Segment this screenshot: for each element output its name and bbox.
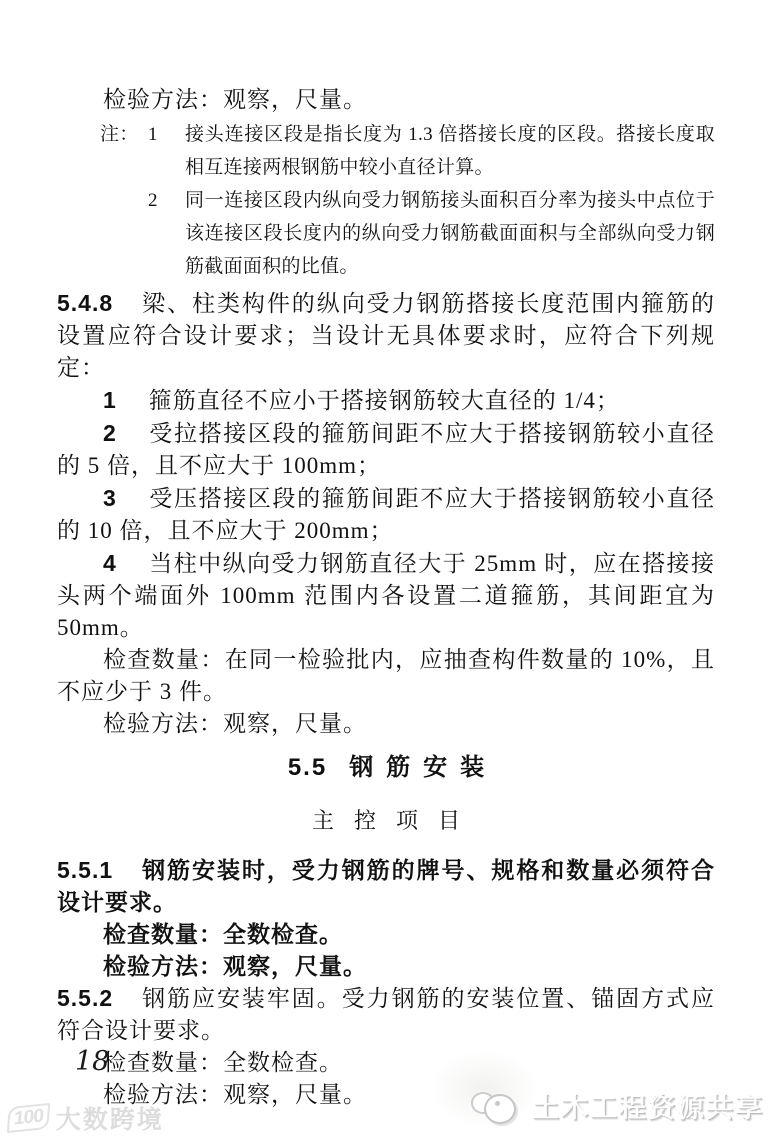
clause-text: 梁、柱类构件的纵向受力钢筋搭接长度范围内箍筋的设置应符合设计要求；当设计无具体要… [57, 291, 715, 380]
watermark-right-text: 土木工程资源共享 [532, 1086, 764, 1125]
document-page: 检验方法：观察，尺量。 注： 1 接头连接区段是指长度为 1.3 倍搭接长度的区… [0, 0, 772, 1137]
note-item-2: 2 同一连接区段内纵向受力钢筋接头面积百分率为接头中点位于该连接区段长度内的纵向… [100, 184, 715, 283]
note-item-text: 同一连接区段内纵向受力钢筋接头面积百分率为接头中点位于该连接区段长度内的纵向受力… [185, 184, 715, 283]
item-number: 3 [103, 485, 117, 511]
clause-5-4-8: 5.4.8梁、柱类构件的纵向受力钢筋搭接长度范围内箍筋的设置应符合设计要求；当设… [57, 287, 715, 384]
logo-eye-dot [495, 1101, 500, 1106]
subheading-master-control-items: 主控项目 [57, 806, 715, 836]
inspection-method-line: 检验方法：观察，尺量。 [57, 84, 715, 116]
clause-5-5-2: 5.5.2钢筋应安装牢固。受力钢筋的安装位置、锚固方式应符合设计要求。 [57, 982, 715, 1047]
clause-text: 钢筋应安装牢固。受力钢筋的安装位置、锚固方式应符合设计要求。 [57, 986, 715, 1043]
item-number: 2 [103, 420, 117, 446]
logo-shape-large [484, 1094, 516, 1124]
clause-5-4-8-item-3: 3受压搭接区段的箍筋间距不应大于搭接钢筋较小直径的 10 倍，且不应大于 200… [57, 482, 715, 547]
clause-5-5-1: 5.5.1钢筋安装时，受力钢筋的牌号、规格和数量必须符合设计要求。 [57, 854, 715, 918]
clause-number: 5.5.2 [57, 985, 113, 1011]
clause-number: 5.5.1 [57, 857, 113, 883]
item-number: 4 [103, 550, 117, 576]
clause-5-5-2-inspection-quantity: 检查数量：全数检查。 [57, 1047, 715, 1079]
item-number: 1 [103, 387, 117, 413]
note-label-spacer [100, 184, 148, 283]
note-item-number: 1 [148, 118, 185, 184]
clause-text: 钢筋安装时，受力钢筋的牌号、规格和数量必须符合设计要求。 [57, 857, 715, 915]
note-item-number: 2 [148, 184, 185, 283]
clause-5-4-8-inspection-method: 检验方法：观察，尺量。 [57, 708, 715, 740]
section-number: 5.5 [288, 754, 327, 781]
clause-number: 5.4.8 [57, 290, 113, 316]
item-text: 箍筋直径不应小于搭接钢筋较大直径的 1/4； [149, 388, 620, 413]
section-heading-5-5: 5.5钢筋安装 [57, 752, 715, 784]
item-text: 受拉搭接区段的箍筋间距不应大于搭接钢筋较小直径的 5 倍，且不应大于 100mm… [57, 421, 715, 478]
note-item-1: 注： 1 接头连接区段是指长度为 1.3 倍搭接长度的区段。搭接长度取相互连接两… [100, 118, 715, 184]
page-number: 18 [75, 1046, 109, 1077]
item-text: 当柱中纵向受力钢筋直径大于 25mm 时，应在搭接接头两个端面外 100mm 范… [57, 551, 715, 640]
text-column: 检验方法：观察，尺量。 注： 1 接头连接区段是指长度为 1.3 倍搭接长度的区… [0, 0, 772, 1111]
item-text: 受压搭接区段的箍筋间距不应大于搭接钢筋较小直径的 10 倍，且不应大于 200m… [57, 486, 715, 543]
note-block: 注： 1 接头连接区段是指长度为 1.3 倍搭接长度的区段。搭接长度取相互连接两… [100, 118, 715, 283]
clause-5-4-8-item-2: 2受拉搭接区段的箍筋间距不应大于搭接钢筋较小直径的 5 倍，且不应大于 100m… [57, 417, 715, 482]
dashu-logo-icon: 100 [7, 1103, 50, 1133]
clause-5-4-8-inspection-quantity: 检查数量：在同一检验批内，应抽查构件数量的 10%，且不应少于 3 件。 [57, 644, 715, 708]
civil-engineering-logo-icon [471, 1090, 523, 1122]
watermark-bottom-right: 土木工程资源共享 [471, 1086, 764, 1125]
watermark-bottom-left: 100 大数跨境 [8, 1100, 164, 1136]
clause-5-5-1-inspection-method: 检验方法：观察，尺量。 [57, 950, 715, 982]
clause-5-4-8-item-4: 4当柱中纵向受力钢筋直径大于 25mm 时，应在搭接接头两个端面外 100mm … [57, 547, 715, 644]
clause-5-5-1-inspection-quantity: 检查数量：全数检查。 [57, 918, 715, 950]
note-label: 注： [100, 118, 148, 184]
note-item-text: 接头连接区段是指长度为 1.3 倍搭接长度的区段。搭接长度取相互连接两根钢筋中较… [185, 118, 715, 184]
clause-5-4-8-item-1: 1箍筋直径不应小于搭接钢筋较大直径的 1/4； [57, 384, 715, 417]
section-title: 钢筋安装 [349, 754, 497, 781]
watermark-left-text: 大数跨境 [56, 1100, 164, 1136]
